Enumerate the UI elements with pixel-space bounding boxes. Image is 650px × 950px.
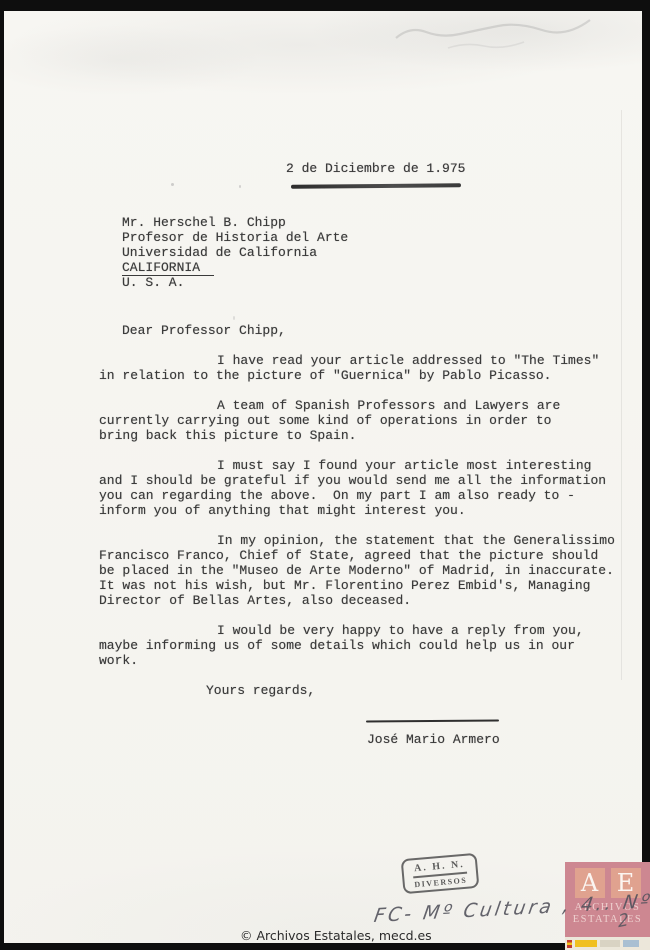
scan-border-left [0,0,4,950]
scan-border-bottom [0,943,650,950]
paragraph-3: I must say I found your article most int… [99,458,639,518]
recipient-country: U. S. A. [122,275,348,290]
ahn-diversos-stamp: A. H. N. DIVERSOS [401,853,480,894]
paragraph-5: I would be very happy to have a reply fr… [99,623,639,668]
recipient-state: CALIFORNIA [122,260,348,275]
scan-border-right [642,0,650,950]
paragraph-2: A team of Spanish Professors and Lawyers… [99,398,639,443]
banner-segment [600,940,620,947]
banner-segment [623,940,639,947]
government-banner [565,937,650,950]
recipient-address: Mr. Herschel B. Chipp Profesor de Histor… [122,215,348,290]
recipient-title: Profesor de Historia del Arte [122,230,348,245]
recipient-name: Mr. Herschel B. Chipp [122,215,348,230]
handwritten-digit: 2 [618,910,629,933]
closing-line: Yours regards, [99,683,639,698]
scan-border-top [0,0,650,11]
paper-speck [239,185,241,188]
paragraph-1: I have read your article addressed to "T… [99,353,639,383]
paper-speck [171,183,174,186]
scanned-letter-page: 2 de Diciembre de 1.975 Mr. Herschel B. … [0,0,650,950]
paragraph-4: In my opinion, the statement that the Ge… [99,533,639,608]
banner-segment [575,940,597,947]
spain-coat-of-arms-icon [567,940,572,948]
date-underline-mark [291,183,461,188]
signature-name: José Mario Armero [367,732,500,747]
recipient-institution: Universidad de California [122,245,348,260]
signature-line [366,720,499,723]
letter-date: 2 de Diciembre de 1.975 [286,161,465,176]
letter-body: Dear Professor Chipp, I have read your a… [99,323,639,713]
faint-pencil-scribble [388,12,603,57]
salutation: Dear Professor Chipp, [99,323,639,338]
copyright-watermark: © Archivos Estatales, mecd.es [240,928,432,943]
paper-speck [233,316,235,320]
